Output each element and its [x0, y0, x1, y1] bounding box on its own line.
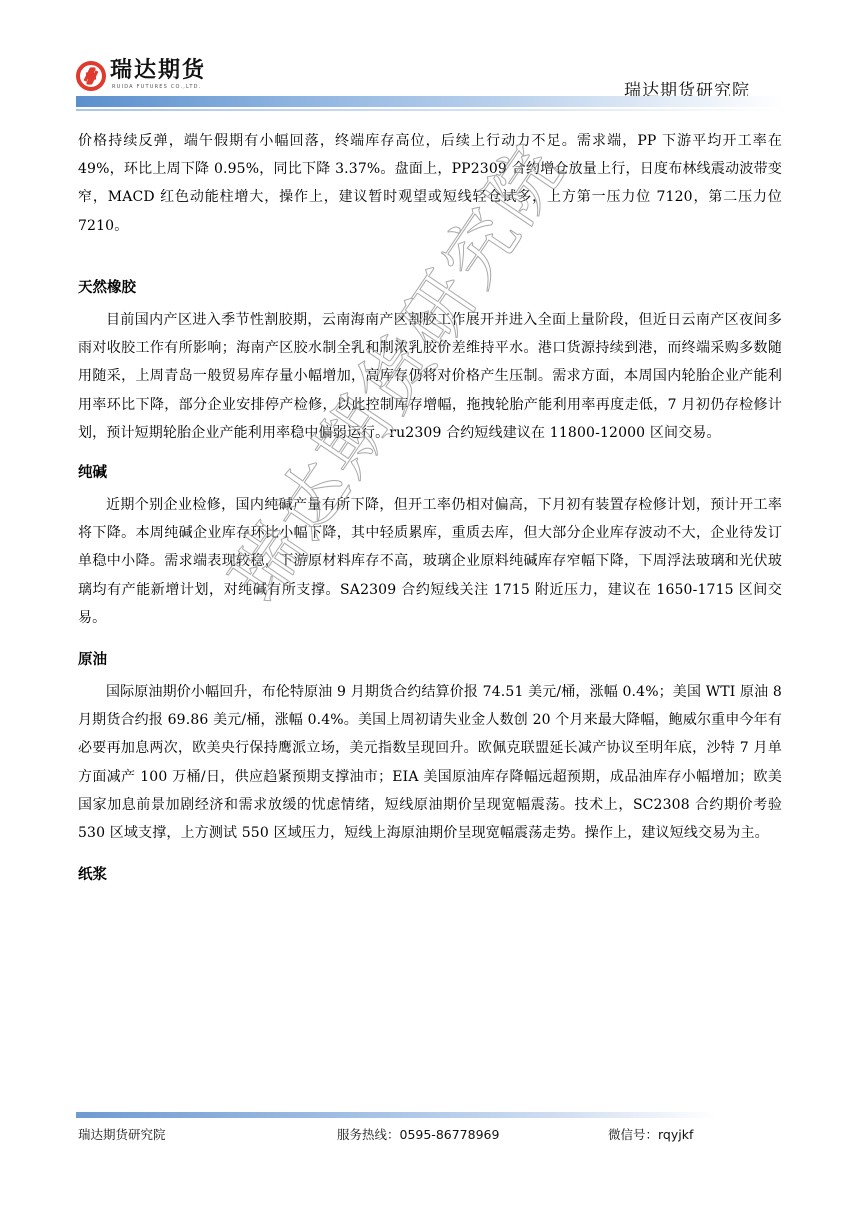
footer-wechat: 微信号：rqyjkf: [608, 1125, 693, 1143]
logo-subtitle: RUIDA FUTURES CO.,LTD.: [112, 84, 206, 91]
report-body: 价格持续反弹，端午假期有小幅回落，终端库存高位，后续上行动力不足。需求端，PP …: [78, 127, 782, 885]
header-gradient-bar: [76, 96, 784, 107]
section-pulp: 纸浆: [78, 865, 782, 885]
section-title: 天然橡胶: [78, 278, 782, 298]
footer-hotline: 服务热线：0595-86778969: [337, 1125, 499, 1143]
footer-org: 瑞达期货研究院: [78, 1125, 166, 1143]
document-page: 瑞达期货 RUIDA FUTURES CO.,LTD. 瑞达期货研究院 价格持续…: [0, 0, 860, 1217]
page-footer: 瑞达期货研究院 服务热线：0595-86778969 微信号：rqyjkf: [78, 1125, 778, 1145]
section-natural-rubber: 天然橡胶 目前国内产区进入季节性割胶期，云南海南产区割胶工作展开并进入全面上量阶…: [78, 278, 782, 447]
header-divider: [76, 109, 784, 111]
section-title: 纸浆: [78, 865, 782, 885]
section-paragraph: 近期个别企业检修，国内纯碱产量有所下降，但开工率仍相对偏高，下月初有装置存检修计…: [78, 491, 782, 632]
section-title: 纯碱: [78, 463, 782, 483]
section-pp-continued: 价格持续反弹，端午假期有小幅回落，终端库存高位，后续上行动力不足。需求端，PP …: [78, 127, 782, 265]
ruida-logo-icon: [76, 61, 106, 91]
section-crude-oil: 原油 国际原油期价小幅回升，布伦特原油 9 月期货合约结算价报 74.51 美元…: [78, 650, 782, 847]
section-paragraph: 国际原油期价小幅回升，布伦特原油 9 月期货合约结算价报 74.51 美元/桶，…: [78, 678, 782, 847]
section-paragraph: 目前国内产区进入季节性割胶期，云南海南产区割胶工作展开并进入全面上量阶段，但近日…: [78, 306, 782, 447]
footer-gradient-bar: [76, 1112, 716, 1118]
page-header: 瑞达期货 RUIDA FUTURES CO.,LTD. 瑞达期货研究院: [76, 56, 784, 116]
section-title: 原油: [78, 650, 782, 670]
section-paragraph: 价格持续反弹，端午假期有小幅回落，终端库存高位，后续上行动力不足。需求端，PP …: [78, 127, 782, 265]
logo-name: 瑞达期货: [110, 58, 206, 84]
company-logo: 瑞达期货 RUIDA FUTURES CO.,LTD.: [76, 58, 206, 94]
section-soda-ash: 纯碱 近期个别企业检修，国内纯碱产量有所下降，但开工率仍相对偏高，下月初有装置存…: [78, 463, 782, 632]
